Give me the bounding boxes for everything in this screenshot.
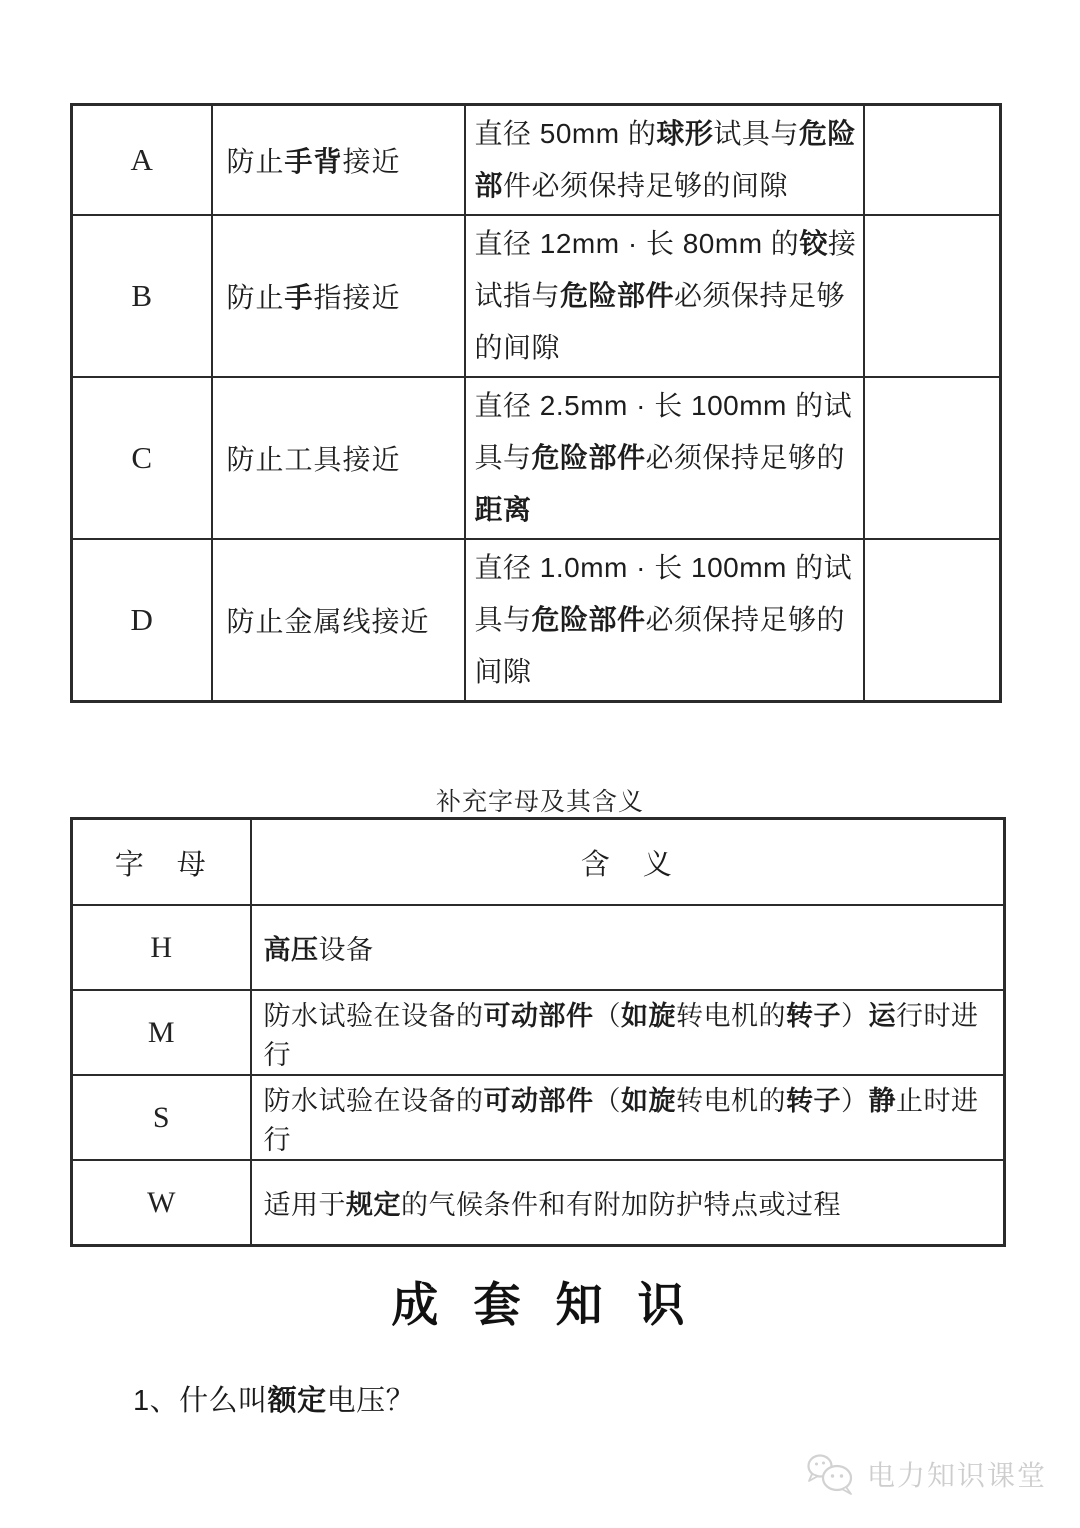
empty-cell (864, 215, 1001, 377)
level-name: 防止手指接近 (212, 215, 465, 377)
supplementary-letters-table: 字 母 含 义 H 高压设备 M 防水试验在设备的可动部件（如旋转电机的转子）运… (70, 817, 1006, 1247)
supplementary-letter: M (72, 990, 251, 1075)
supplementary-meaning: 防水试验在设备的可动部件（如旋转电机的转子）静止时进行 (251, 1075, 1005, 1160)
table-row: H 高压设备 (72, 905, 1005, 990)
watermark-text: 电力知识课堂 (867, 1454, 1047, 1494)
supplementary-meaning: 防水试验在设备的可动部件（如旋转电机的转子）运行时进行 (251, 990, 1005, 1075)
empty-cell (864, 105, 1001, 216)
table-header-row: 字 母 含 义 (72, 819, 1005, 906)
level-description: 直径 1.0mm · 长 100mm 的试具与危险部件必须保持足够的间隙 (465, 539, 864, 702)
level-name: 防止手背接近 (212, 105, 465, 216)
level-letter: B (72, 215, 212, 377)
supplementary-meaning: 适用于规定的气候条件和有附加防护特点或过程 (251, 1160, 1005, 1246)
supplementary-letter: H (72, 905, 251, 990)
supplementary-letter: W (72, 1160, 251, 1246)
table-row: A 防止手背接近 直径 50mm 的球形试具与危险部件必须保持足够的间隙 (72, 105, 1001, 216)
supplementary-letter: S (72, 1075, 251, 1160)
level-name: 防止工具接近 (212, 377, 465, 539)
table-row: C 防止工具接近 直径 2.5mm · 长 100mm 的试具与危险部件必须保持… (72, 377, 1001, 539)
supplementary-meaning: 高压设备 (251, 905, 1005, 990)
table-row: D 防止金属线接近 直径 1.0mm · 长 100mm 的试具与危险部件必须保… (72, 539, 1001, 702)
empty-cell (864, 377, 1001, 539)
letter-column-header: 字 母 (72, 819, 251, 906)
table-row: S 防水试验在设备的可动部件（如旋转电机的转子）静止时进行 (72, 1075, 1005, 1160)
meaning-column-header: 含 义 (251, 819, 1005, 906)
table-row: W 适用于规定的气候条件和有附加防护特点或过程 (72, 1160, 1005, 1246)
table-row: B 防止手指接近 直径 12mm · 长 80mm 的铰接试指与危险部件必须保持… (72, 215, 1001, 377)
level-description: 直径 12mm · 长 80mm 的铰接试指与危险部件必须保持足够的间隙 (465, 215, 864, 377)
empty-cell (864, 539, 1001, 702)
level-name: 防止金属线接近 (212, 539, 465, 702)
wechat-bubbles-icon (806, 1452, 858, 1496)
level-letter: A (72, 105, 212, 216)
supplementary-table-title: 补充字母及其含义 (0, 782, 1080, 818)
level-description: 直径 2.5mm · 长 100mm 的试具与危险部件必须保持足够的距离 (465, 377, 864, 539)
level-description: 直径 50mm 的球形试具与危险部件必须保持足够的间隙 (465, 105, 864, 216)
watermark: 电力知识课堂 (806, 1452, 1047, 1496)
section-heading: 成 套 知 识 (0, 1268, 1080, 1335)
question-text: 1、什么叫额定电压？ (133, 1378, 415, 1419)
table-row: M 防水试验在设备的可动部件（如旋转电机的转子）运行时进行 (72, 990, 1005, 1075)
protection-levels-table: A 防止手背接近 直径 50mm 的球形试具与危险部件必须保持足够的间隙 B 防… (70, 103, 1002, 703)
document-page: A 防止手背接近 直径 50mm 的球形试具与危险部件必须保持足够的间隙 B 防… (0, 0, 1080, 1528)
level-letter: D (72, 539, 212, 702)
level-letter: C (72, 377, 212, 539)
